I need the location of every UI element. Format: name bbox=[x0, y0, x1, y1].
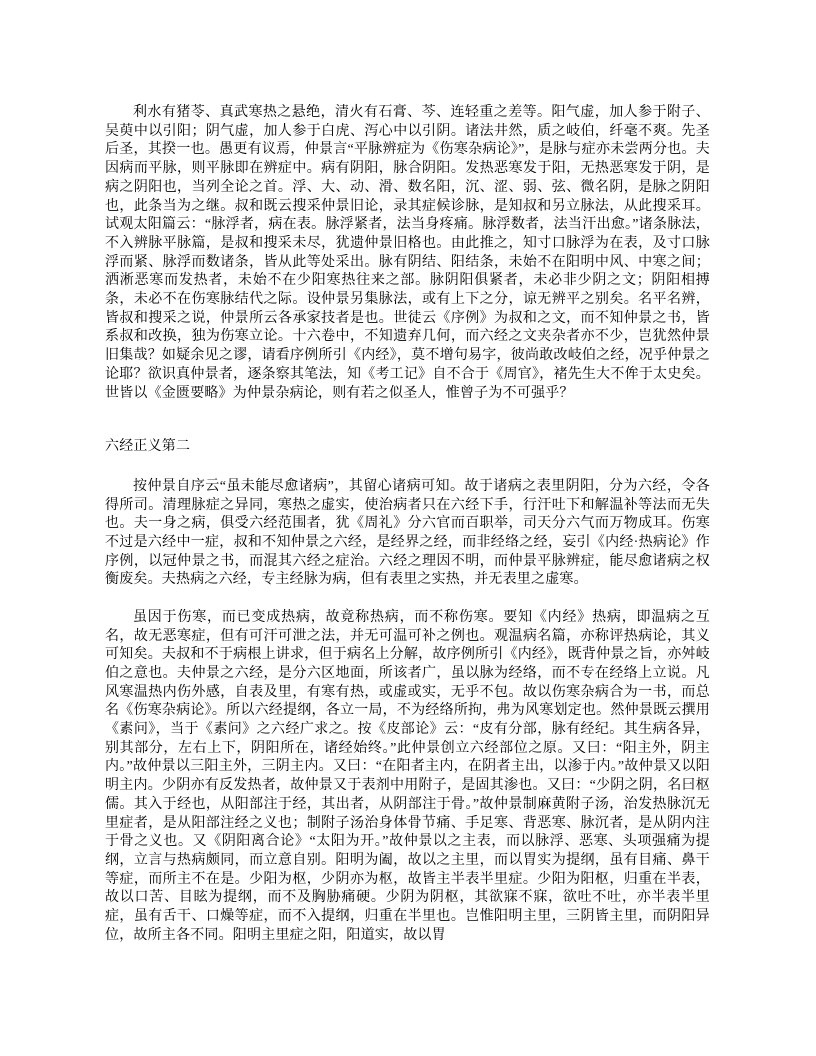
body-paragraph-1: 利水有猪苓、真武寒热之悬绝，清火有石膏、芩、连轻重之差等。阳气虚，加人参于附子、… bbox=[105, 104, 710, 403]
body-paragraph-2: 按仲景自序云“虽未能尽愈诸病”，其留心诸病可知。故于诸病之表里阴阳，分为六经，令… bbox=[105, 478, 710, 590]
document-page: 利水有猪苓、真武寒热之悬绝，清火有石膏、芩、连轻重之差等。阳气虚，加人参于附子、… bbox=[0, 0, 816, 1056]
body-paragraph-3: 虽因于伤寒，而已变成热病，故竟称热病，而不称伤寒。要知《内经》热病，即温病之互名… bbox=[105, 609, 710, 946]
section-heading: 六经正义第二 bbox=[105, 438, 710, 457]
